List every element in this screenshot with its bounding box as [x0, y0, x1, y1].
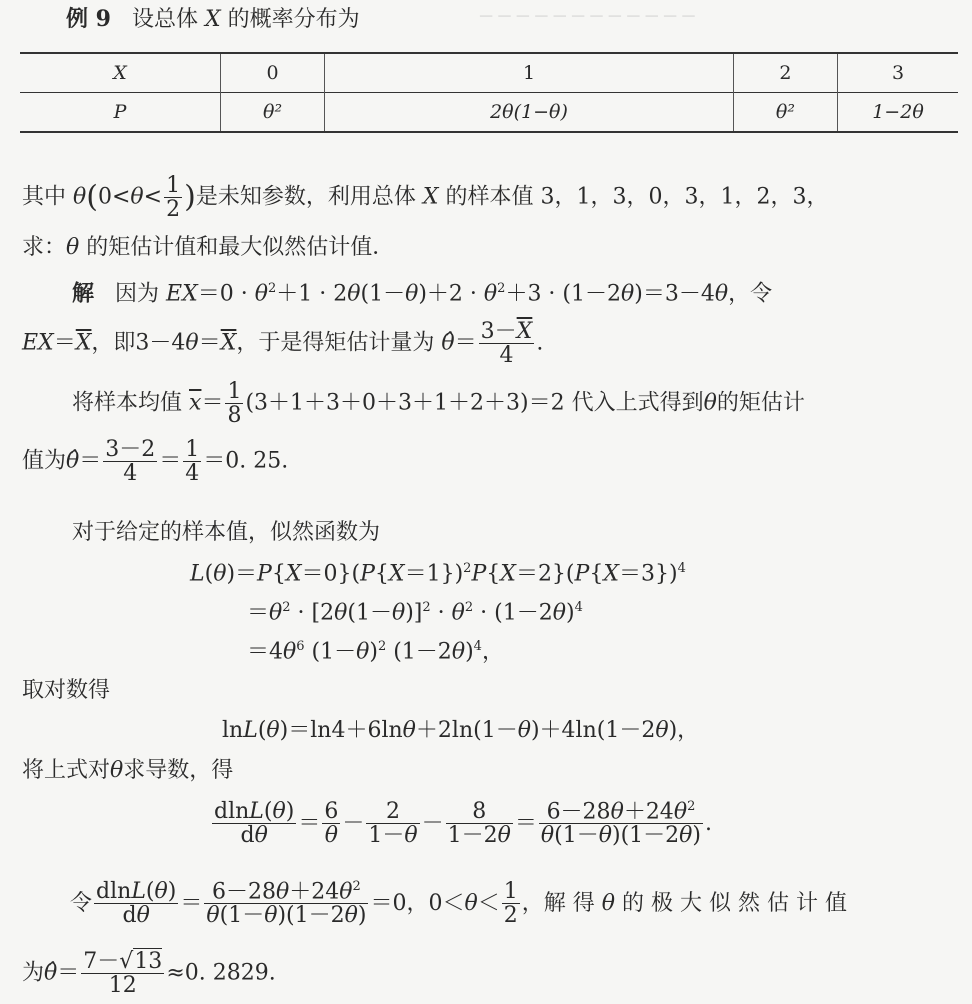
table-cell: 3 [838, 53, 959, 93]
table-cell: θ² [221, 93, 325, 133]
text: 因为 [115, 281, 159, 306]
table-row-x: X 0 1 2 3 [20, 53, 958, 93]
text: ，解 得 [522, 891, 595, 916]
moment-estimator-fraction: 3－X4 [479, 320, 535, 367]
sample-mean-line: 将样本均值 x＝18(3＋1＋3＋0＋3＋1＋2＋3)＝2 代入上式得到θ的矩估… [72, 380, 805, 427]
bleed-through-text: ─ ─ ─ ─ ─ ─ ─ ─ ─ ─ ─ ─ [480, 4, 694, 28]
text: 令 [750, 281, 772, 306]
fraction-one-half: 12 [164, 174, 182, 221]
table-row-p: P θ² 2θ(1−θ) θ² 1−2θ [20, 93, 958, 133]
solution-ex-line: 解 因为 EX＝0 · θ2＋1 · 2θ(1－θ)＋2 · θ2＋3 · (1… [72, 282, 772, 305]
table-cell: 1−2θ [838, 93, 959, 133]
table-cell: 2θ(1−θ) [325, 93, 734, 133]
text: 求导数，得 [123, 758, 233, 783]
problem-line-1: 其中 θ(0<θ<12)是未知参数，利用总体 X 的样本值 3，1，3，0，3，… [22, 174, 829, 221]
text: ，即3－4 [91, 331, 185, 356]
document-page: ─ ─ ─ ─ ─ ─ ─ ─ ─ ─ ─ ─ 例 9 设总体 X 的概率分布为… [0, 0, 972, 1004]
table-cell: θ² [733, 93, 837, 133]
table-header-x: X [20, 53, 221, 93]
text: ，于是得矩估计量为 [236, 331, 434, 356]
table-cell: 2 [733, 53, 837, 93]
problem-line-2: 求：θ 的矩估计值和最大似然估计值． [22, 237, 394, 259]
derivative-eq: dlnL(θ)dθ＝6θ－21－θ－81－2θ＝6－28θ＋24θ2θ(1－θ)… [210, 800, 712, 848]
sample-values: 的样本值 3，1，3，0，3，1，2，3， [446, 185, 829, 210]
text: 值为 [22, 449, 66, 474]
probability-distribution-table: X 0 1 2 3 P θ² 2θ(1−θ) θ² 1−2θ [20, 52, 958, 133]
example-intro-2: 的概率分布为 [228, 7, 360, 32]
log-intro: 取对数得 [22, 680, 110, 702]
text: 令 [70, 891, 92, 916]
example-label: 例 9 [66, 6, 111, 32]
table-cell: 1 [325, 53, 734, 93]
text: ＝2 代入上式得到 [529, 391, 704, 416]
text: 的 极 大 似 然 估 计 值 [622, 891, 847, 916]
likelihood-eq-1: L(θ)＝P{X＝0}(P{X＝1})2P{X＝2}(P{X＝3})4 [190, 562, 686, 585]
text: 其中 [22, 185, 66, 210]
moment-estimator-line: EX＝X，即3－4θ＝X，于是得矩估计量为 θ̂＝3－X4. [22, 320, 543, 367]
var-x: X [205, 7, 221, 32]
text: 将上式对 [22, 758, 110, 783]
text: 为 [22, 961, 44, 986]
text: 的矩估计 [717, 391, 805, 416]
text: 是未知参数，利用总体 [196, 185, 416, 210]
table-header-p: P [20, 93, 221, 133]
log-likelihood-eq: lnL(θ)＝ln4＋6lnθ＋2ln(1－θ)＋4ln(1－2θ)， [222, 720, 699, 742]
likelihood-eq-3: ＝4θ6 (1－θ)2 (1－2θ)4， [247, 640, 504, 663]
text: 将样本均值 [72, 391, 182, 416]
solution-label: 解 [72, 280, 94, 306]
likelihood-eq-2: ＝θ2 · [2θ(1－θ)]2 · θ2 · (1－2θ)4 [247, 601, 583, 624]
mle-result: 为θ̂＝7－√1312≈0. 2829. [22, 950, 276, 997]
moment-value-line: 值为θ̂＝3－24＝14＝0. 0.2525. [22, 438, 288, 485]
text: 的矩估计值和最大似然估计值． [86, 235, 394, 260]
example-heading: 例 9 设总体 X 的概率分布为 [66, 8, 360, 31]
table-cell: 0 [221, 53, 325, 93]
set-derivative-zero: 令dlnL(θ)dθ＝6－28θ＋24θ2θ(1－θ)(1－2θ)＝0，0＜θ＜… [70, 880, 847, 928]
derivative-intro: 将上式对θ求导数，得 [22, 760, 233, 782]
text: 求： [22, 235, 66, 260]
likelihood-intro: 对于给定的样本值，似然函数为 [72, 522, 380, 544]
example-intro: 设总体 [132, 7, 198, 32]
mle-value: ≈0. 2829. [166, 961, 275, 986]
